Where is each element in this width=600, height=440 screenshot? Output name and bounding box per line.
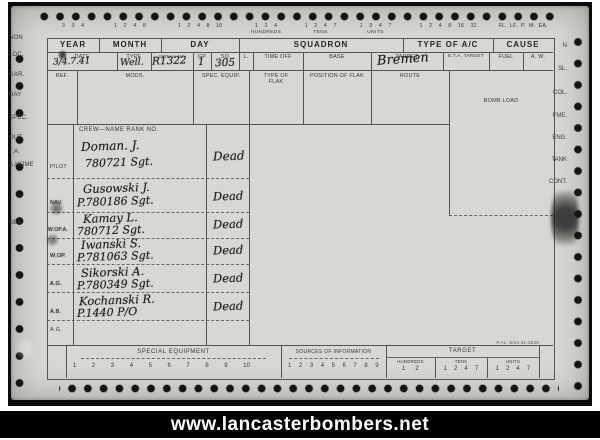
field-timeoff-label: TIME OFF: [253, 54, 303, 60]
smudge-bottom-left: [17, 336, 33, 362]
crew-role-ag2: A.G.: [50, 327, 62, 333]
page: 3 3 4 1 2 4 8 1 2 4 8 16 1 2 4HUNDREDS 1…: [0, 0, 600, 440]
watermark-bar: www.lancasterbombers.net: [0, 411, 600, 438]
target-hundreds-nums: 1 2: [386, 366, 435, 372]
crew-role-pilot: PILOT: [50, 164, 67, 170]
punch-nums-hundreds: 1 2 4HUNDREDS: [239, 23, 293, 35]
punch-holes-top: [35, 10, 559, 23]
target-units-nums: 1 2 4 7: [487, 366, 539, 372]
target-hundreds-label: HUNDREDS: [386, 359, 435, 364]
header-year: YEAR: [47, 40, 99, 49]
loss-card: 3 3 4 1 2 4 8 1 2 4 8 16 1 2 4HUNDREDS 1…: [11, 6, 589, 400]
field-aw-label: A. W.: [523, 54, 553, 60]
crew-name-0: Doman. J.: [81, 138, 140, 154]
field-eta-label: E.T.A. TARGET: [443, 54, 489, 59]
smudge-right: [551, 182, 579, 254]
ref-label: REF.: [47, 73, 77, 79]
header-squadron: SQUADRON: [239, 40, 403, 49]
type-of-flak-label: TYPE OFFLAK: [249, 73, 303, 85]
punch-nums-type: 1 2 4 8 16 32: [403, 23, 493, 30]
crew-role-ag1: A.G.: [50, 281, 62, 287]
margin-label-sea: SEA: [9, 220, 22, 226]
crew-number-4: P.780349 Sgt.: [77, 277, 154, 293]
smudge-role-2: [46, 234, 59, 246]
crew-role-wop: W.OP.: [50, 253, 66, 259]
bottom-target-label: TARGET: [386, 348, 539, 354]
special-equipment-label: SPECIAL EQUIPMENT: [66, 349, 281, 355]
margin-label-gar: GAR.: [9, 72, 24, 78]
margin-label-ahome: A.HOME: [9, 162, 34, 168]
crew-status-5: Dead: [213, 298, 244, 313]
printer-mark: P.AL. 6/44 51-2048: [411, 340, 539, 345]
serial-value: R1322: [152, 54, 187, 67]
spec-equip-label: SPEC. EQUIP.: [193, 73, 249, 79]
crew-status-2: Dead: [213, 216, 244, 231]
crew-role-ab: A.B.: [50, 309, 61, 315]
sq-value: 305: [215, 57, 235, 70]
margin-label-day: DAY: [9, 92, 22, 98]
margin-label-ta: T.A.: [9, 149, 20, 155]
punch-nums-tens: 1 2 4 7TENS: [293, 23, 348, 35]
sources-nums: 1 2 3 4 5 6 7 8 9: [288, 363, 383, 369]
crew-number-1: P.780186 Sgt.: [77, 194, 154, 210]
sources-label: SOURCES OF INFORMATION: [281, 349, 386, 355]
ink-mark: [58, 50, 67, 60]
position-of-flak-label: POSITION OF FLAK: [303, 73, 371, 79]
punch-nums-day: 1 2 4 8 16: [161, 23, 239, 30]
card-photo: 3 3 4 1 2 4 8 1 2 4 8 16 1 2 4HUNDREDS 1…: [8, 2, 592, 406]
crew-header: CREW—NAME RANK NO.: [79, 127, 159, 133]
crew-status-0: Dead: [213, 148, 245, 163]
field-fuel-label: FUEL: [489, 54, 523, 60]
crew-status-1: Dead: [213, 188, 244, 203]
header-day: DAY: [161, 40, 239, 49]
watermark-url: www.lancasterbombers.net: [171, 414, 429, 436]
bomb-load-label: BOMB LOAD: [449, 98, 553, 104]
smudge-role-1: [49, 202, 64, 215]
header-type-of-ac: TYPE OF A/C: [403, 40, 493, 49]
route-label: ROUTE: [371, 73, 449, 79]
punch-nums-units: 1 3 4 7UNITS: [348, 23, 403, 35]
special-equipment-nums: 1 2 3 4 5 6 7 8 9 10: [73, 363, 279, 369]
margin-label-non: NON: [9, 35, 23, 41]
punch-holes-bottom: [59, 382, 559, 395]
field-base-label: BASE: [303, 54, 371, 60]
margin-label-out: OUT: [9, 135, 22, 141]
crew-status-3: Dead: [213, 242, 244, 257]
header-month: MONTH: [99, 40, 161, 49]
target-units-label: UNITS: [487, 359, 539, 364]
gp-value: 1: [198, 57, 205, 68]
margin-label-spec: SPEC.: [9, 115, 28, 121]
punch-nums-cause: FL. LF. P. M. EA.: [493, 23, 553, 30]
crew-number-5: P.1440 P/O: [77, 305, 138, 320]
crew-role-wopa: W.OP.A.: [48, 227, 68, 233]
crew-number-0: 780721 Sgt.: [85, 155, 153, 170]
crew-number-3: P.781063 Sgt.: [77, 249, 154, 265]
punch-nums-year: 3 3 4: [47, 23, 99, 30]
field-l-label: L.: [239, 54, 253, 60]
crew-status-4: Dead: [213, 270, 244, 285]
target-tens-label: TENS: [435, 359, 487, 364]
type-value: Well.: [120, 57, 144, 69]
form-grid-frame: [47, 38, 555, 380]
mods-label: MODS.: [77, 73, 193, 79]
margin-label-loc: LOC.: [9, 52, 24, 58]
target-tens-nums: 1 2 4 7: [435, 366, 487, 372]
header-cause: CAUSE: [493, 40, 553, 49]
punch-nums-month: 1 2 4 8: [99, 23, 161, 30]
